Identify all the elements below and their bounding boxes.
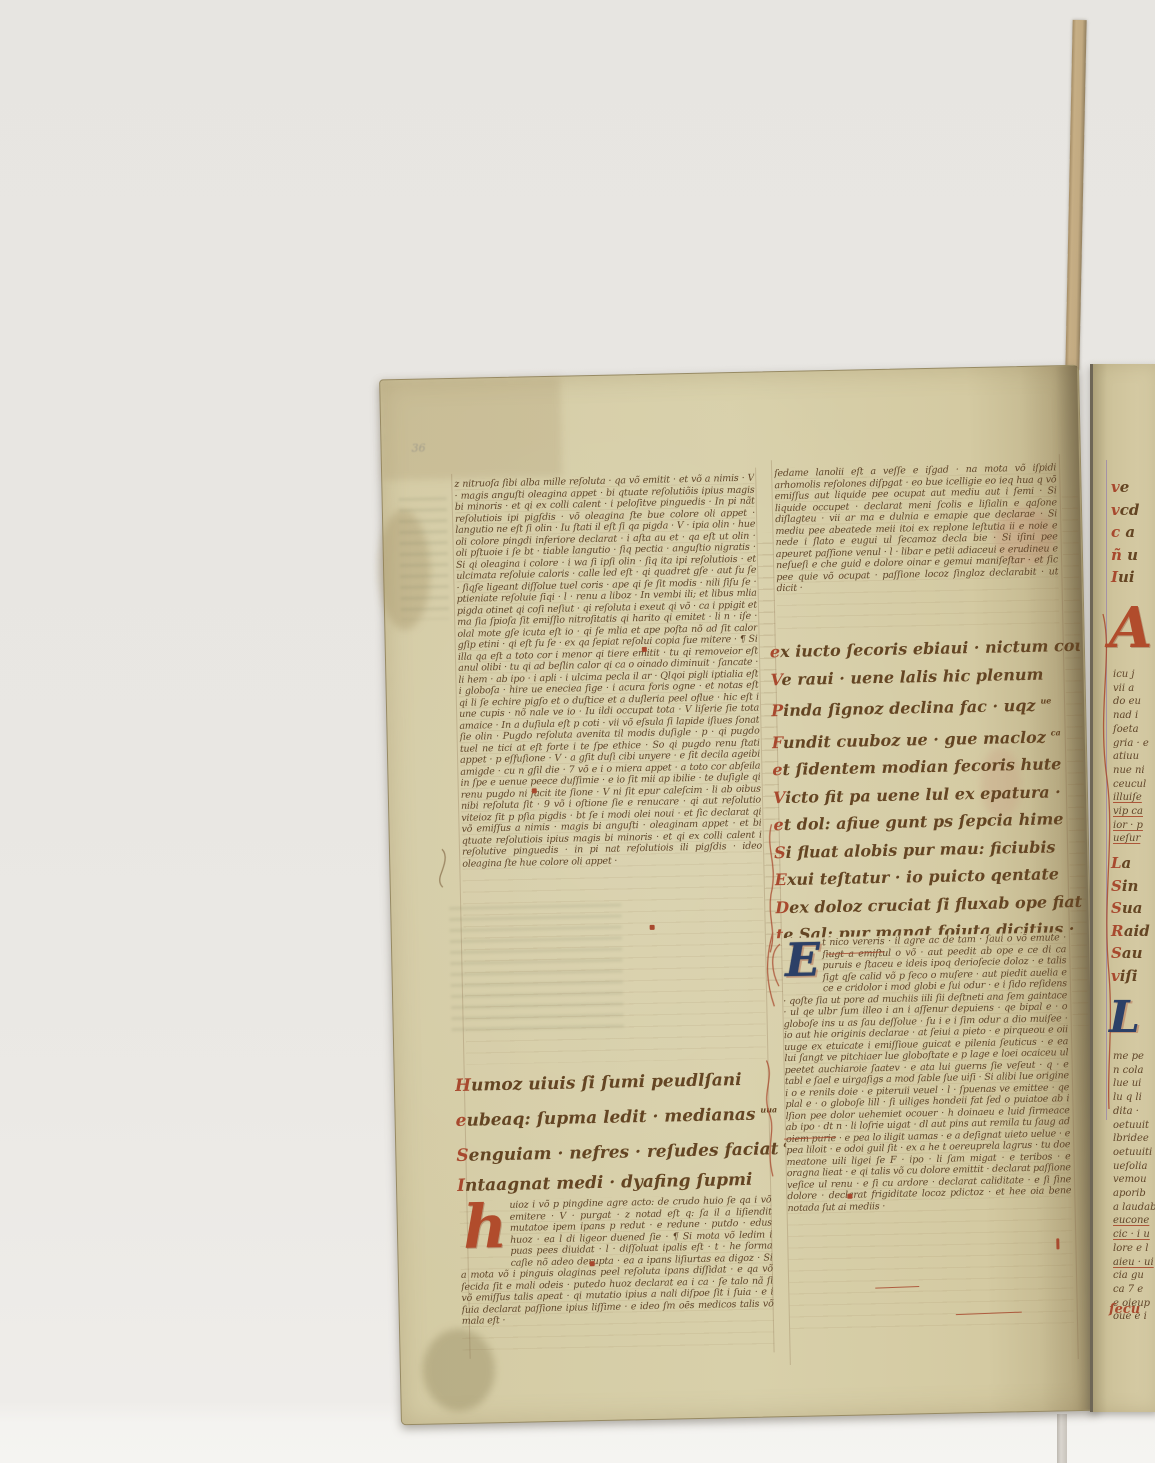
manuscript-text-line: lbridee bbox=[1113, 1132, 1155, 1146]
edge-top-lines: vevcdc añ uIui bbox=[1111, 476, 1139, 589]
folio-number: 36 bbox=[411, 441, 425, 454]
bookmark-strap bbox=[1065, 20, 1086, 370]
manuscript-text-line: vip ca bbox=[1113, 805, 1149, 819]
edge-small-lines: icu jvii ado eunad iſoetagria · eatiuunu… bbox=[1113, 668, 1149, 846]
manuscript-text-line: ueſolia bbox=[1113, 1160, 1155, 1174]
red-paraph-mark bbox=[847, 1194, 852, 1199]
edge-mid-lines: LaSinSuaRaidSauviſi bbox=[1111, 852, 1150, 987]
manuscript-text-line: La bbox=[1111, 852, 1150, 875]
manuscript-text-line: Raid bbox=[1111, 920, 1150, 943]
purple-ruling-line bbox=[1106, 460, 1107, 1120]
manuscript-text-line: nue ni bbox=[1113, 764, 1149, 778]
right-column-verse: ex iucto ſecoris ebiaui · nictum cousiiV… bbox=[770, 628, 1086, 938]
red-paraph-mark bbox=[532, 788, 537, 793]
manuscript-photograph: 36 z nitruoſa ſibi alba mille reſoluta ·… bbox=[0, 0, 1155, 1463]
interlinear-gloss: ca bbox=[1051, 727, 1061, 737]
manuscript-text-line: Intaagnat medi · dyafing ſupmi bbox=[457, 1164, 787, 1197]
manuscript-text-line: ñ u bbox=[1111, 544, 1139, 567]
decorated-initial-l: L bbox=[1109, 996, 1140, 1040]
interlinear-gloss: uua bbox=[760, 1104, 777, 1114]
manuscript-text-line: ſoeta bbox=[1113, 723, 1149, 737]
manuscript-text-line: aporib bbox=[1113, 1187, 1155, 1201]
manuscript-text-line: lu q li bbox=[1113, 1091, 1155, 1105]
manuscript-text-line: ueſur bbox=[1113, 832, 1149, 846]
edge-small-lines: me pen colalue uilu q lidita ·oetuuitlbr… bbox=[1113, 1050, 1155, 1324]
manuscript-text-line: gria · e bbox=[1113, 737, 1149, 751]
manuscript-text-line: illuiſe bbox=[1113, 791, 1149, 805]
right-column-paragraph: Et nico vereris · il agre ac de tam · ſa… bbox=[782, 932, 1074, 1336]
manuscript-text-line: Iui bbox=[1111, 566, 1139, 589]
manuscript-text-line: Sua bbox=[1111, 897, 1150, 920]
manuscript-text-line: me pe bbox=[1113, 1050, 1155, 1064]
left-column-paragraph: huioz i võ p pingdine agre acto: de crud… bbox=[459, 1194, 774, 1353]
manuscript-text-line: dita · bbox=[1113, 1105, 1155, 1119]
manuscript-text-line: do eu bbox=[1113, 695, 1149, 709]
manuscript-text-line: ceucul bbox=[1113, 778, 1149, 792]
red-paraph-mark bbox=[650, 925, 655, 930]
manuscript-text-line: oetuuit bbox=[1113, 1119, 1155, 1133]
manuscript-text-line: lore e l bbox=[1113, 1242, 1155, 1256]
stain-top-left bbox=[380, 377, 562, 481]
manuscript-text-line: Sin bbox=[1111, 875, 1150, 898]
red-paraph-mark bbox=[642, 647, 647, 652]
manuscript-text-line: cic · i u bbox=[1113, 1228, 1155, 1242]
manuscript-text-line: ve bbox=[1111, 476, 1139, 499]
manuscript-text-line: ca 7 e bbox=[1113, 1283, 1155, 1297]
manuscript-text-line: nad i bbox=[1113, 709, 1149, 723]
paragraph-text: t nico vereris · il agre ac de tam · ſau… bbox=[783, 932, 1071, 1213]
manuscript-text-line: ior · p bbox=[1113, 819, 1149, 833]
manuscript-text-line: n cola bbox=[1113, 1064, 1155, 1078]
manuscript-text-line: a laudab bbox=[1113, 1201, 1155, 1215]
right-column-text-block: ſedame lanolii eſt a veſſe e iſgad · na … bbox=[774, 462, 1059, 632]
manuscript-page: 36 z nitruoſa ſibi alba mille reſoluta ·… bbox=[379, 365, 1101, 1425]
manuscript-text-line: vemou bbox=[1113, 1173, 1155, 1187]
next-folio-edge: vevcdc añ uIui A icu jvii ado eunad iſoe… bbox=[1090, 364, 1155, 1412]
manuscript-text-line: Sau bbox=[1111, 942, 1150, 965]
bookmark-strap-lower bbox=[1057, 1414, 1067, 1463]
decorated-initial-h: h bbox=[459, 1200, 510, 1259]
manuscript-text-line: vii a bbox=[1113, 682, 1149, 696]
decorated-initial-a: A bbox=[1109, 600, 1152, 656]
red-paraph-mark bbox=[590, 1261, 595, 1266]
edge-rubric: ſecu bbox=[1109, 1302, 1140, 1317]
showthrough-margin-ghost bbox=[399, 497, 450, 620]
manuscript-text-line: c a bbox=[1111, 521, 1139, 544]
manuscript-text-line: lue ui bbox=[1113, 1077, 1155, 1091]
manuscript-text-line: cia gu bbox=[1113, 1269, 1155, 1283]
manuscript-text-line: atiuu bbox=[1113, 750, 1149, 764]
manuscript-text-line: eucone bbox=[1113, 1214, 1155, 1228]
manuscript-text-line: icu j bbox=[1113, 668, 1149, 682]
interlinear-gloss: ue bbox=[1040, 695, 1051, 705]
decorated-initial-e: E bbox=[782, 937, 823, 994]
manuscript-text-line: viſi bbox=[1111, 965, 1150, 988]
left-column-text-block: z nitruoſa ſibi alba mille reſoluta · qa… bbox=[454, 473, 766, 1065]
red-tick-mark bbox=[1056, 1238, 1059, 1249]
manuscript-text-line: oetuuiti bbox=[1113, 1146, 1155, 1160]
left-column-verse: Humoz uiuis ſi ſumi peudlſanieubeaq: ſup… bbox=[455, 1064, 788, 1197]
manuscript-text-line: aieu · ui bbox=[1113, 1256, 1155, 1270]
manuscript-text-line: vcd bbox=[1111, 499, 1139, 522]
